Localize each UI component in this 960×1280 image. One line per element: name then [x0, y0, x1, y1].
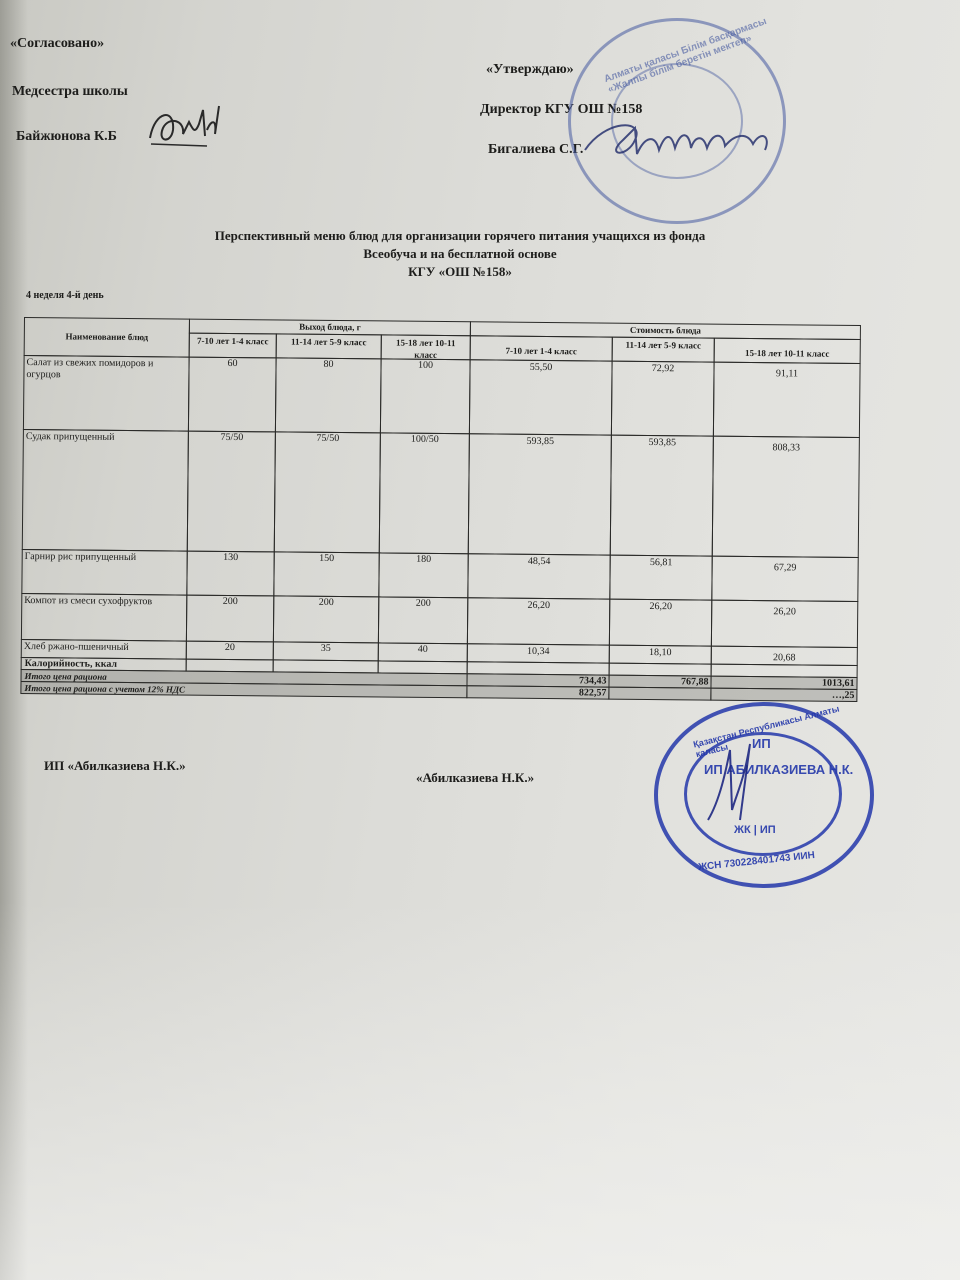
- ip-signature: [700, 740, 770, 840]
- footer-ip-left: ИП «Абилказиева Н.К.»: [44, 758, 186, 774]
- cost-value: 18,10: [609, 645, 712, 665]
- dish-name: Судак припущенный: [22, 429, 189, 552]
- yield-value: 150: [273, 551, 379, 597]
- nurse-name: Байжюнова К.Б: [16, 129, 117, 145]
- yield-value: 75/50: [187, 431, 276, 553]
- page-bottom: [0, 900, 960, 1280]
- yield-header: 11-14 лет 5-9 класс: [276, 333, 382, 359]
- doc-title-line3: КГУ «ОШ №158»: [150, 264, 770, 280]
- cost-header: 7-10 лет 1-4 класс: [470, 335, 613, 361]
- yield-value: 100/50: [379, 432, 470, 554]
- cost-value: 91,11: [713, 362, 861, 438]
- yield-header: 7-10 лет 1-4 класс: [189, 333, 277, 359]
- yield-value: 75/50: [274, 431, 381, 553]
- total-vat-value: 822,57: [466, 685, 609, 699]
- yield-value: 130: [186, 551, 274, 597]
- yield-value: 200: [378, 596, 468, 644]
- yield-value: 40: [378, 642, 468, 662]
- director-signature: [575, 110, 785, 170]
- cost-value: 26,20: [609, 599, 712, 647]
- dish-name: Гарнир рис припущенный: [21, 549, 187, 596]
- cost-value: 808,33: [712, 436, 860, 558]
- col-header-name: Наименование блюд: [24, 317, 190, 358]
- total-vat-value: [608, 687, 711, 701]
- doc-title-line1: Перспективный меню блюд для организации …: [150, 228, 770, 244]
- cost-value: 56,81: [609, 555, 712, 601]
- doc-title-line2: Всеобуча и на бесплатной основе: [150, 246, 770, 262]
- yield-value: 80: [275, 357, 382, 433]
- cost-value: 26,20: [467, 597, 610, 645]
- approve-label: «Утверждаю»: [486, 62, 574, 78]
- yield-value: 60: [188, 357, 277, 433]
- cost-value: 72,92: [611, 361, 715, 437]
- cost-value: 593,85: [468, 433, 612, 555]
- yield-value: 100: [380, 358, 471, 434]
- yield-value: 35: [273, 641, 379, 661]
- cost-header: 15-18 лет 10-11 класс: [714, 338, 861, 364]
- week-day-label: 4 неделя 4-й день: [26, 290, 104, 301]
- director-name: Бигалиева С.Г.: [488, 142, 583, 158]
- yield-value: 20: [186, 641, 274, 661]
- dish-name: Компот из смеси сухофруктов: [21, 593, 187, 642]
- cost-value: 26,20: [711, 600, 858, 648]
- yield-value: 180: [378, 552, 468, 598]
- nurse-signature: [145, 100, 225, 150]
- yield-value: 200: [186, 595, 274, 643]
- cost-value: 55,50: [469, 359, 613, 435]
- cost-value: 593,85: [610, 435, 714, 557]
- total-vat-value: …,25: [710, 688, 857, 702]
- nurse-role: Медсестра школы: [12, 84, 128, 100]
- cost-value: 48,54: [467, 553, 610, 599]
- footer-ip-right: «Абилказиева Н.К.»: [416, 770, 534, 786]
- menu-table: Наименование блюдВыход блюда, гСтоимость…: [20, 317, 864, 708]
- dish-name: Салат из свежих помидоров и огурцов: [23, 355, 190, 432]
- yield-value: 200: [273, 595, 379, 643]
- agreed-label: «Согласовано»: [10, 36, 104, 52]
- yield-header: 15-18 лет 10-11 класс: [381, 334, 471, 360]
- cost-value: 67,29: [711, 556, 858, 602]
- cost-header: 11-14 лет 5-9 класс: [612, 337, 715, 363]
